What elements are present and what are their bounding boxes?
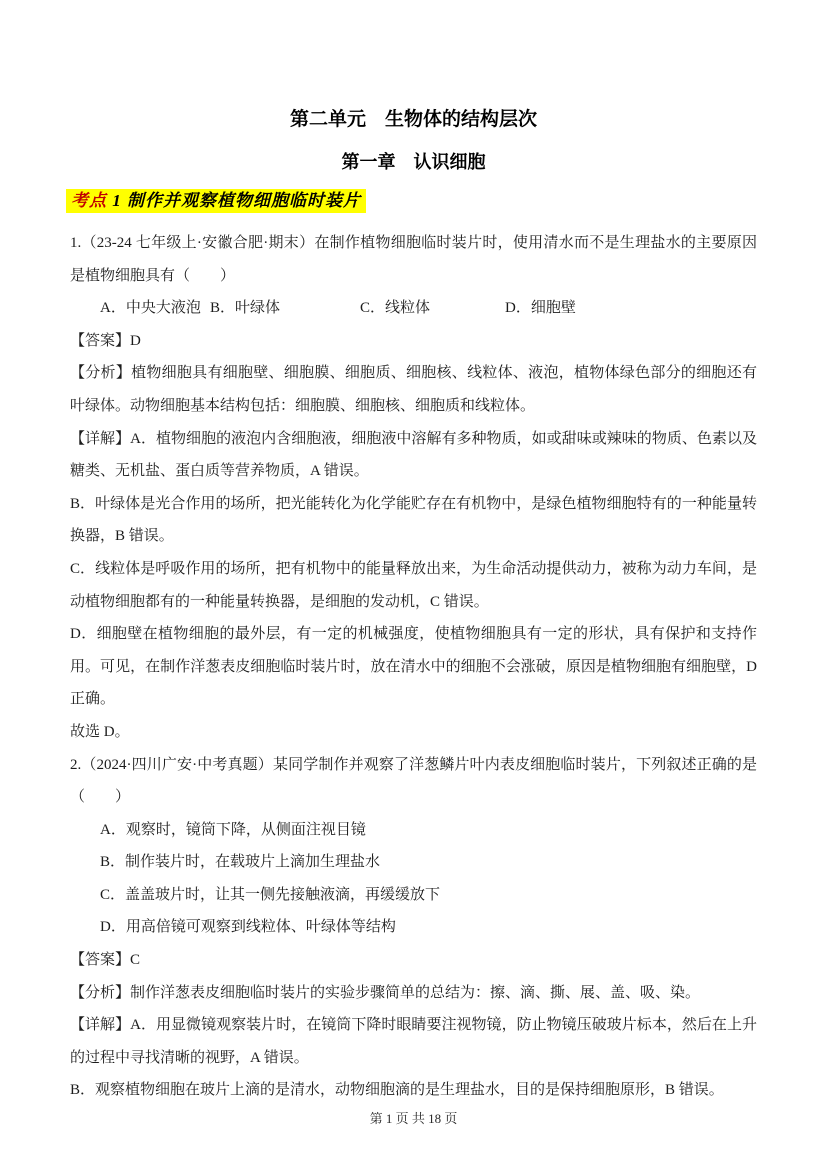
answer-value: D [130,333,141,349]
question-1-analysis: 【分析】植物细胞具有细胞壁、细胞膜、细胞质、细胞核、线粒体、液泡，植物体绿色部分… [70,357,757,422]
question-2-detail-a: 【详解】A．用显微镜观察装片时，在镜筒下降时眼睛要注视物镜，防止物镜压破玻片标本… [70,1009,757,1074]
question-1-option-a: A．中央大液泡 [100,292,210,325]
answer-label: 【答案】 [70,952,130,968]
answer-value: C [130,952,140,968]
question-1-detail-c: C．线粒体是呼吸作用的场所，把有机物中的能量释放出来，为生命活动提供动力，被称为… [70,553,757,618]
page-footer: 第 1 页 共 18 页 [0,1108,827,1127]
detail-label: 【详解】 [70,1017,130,1033]
question-1-detail-b: B．叶绿体是光合作用的场所，把光能转化为化学能贮存在有机物中，是绿色植物细胞特有… [70,488,757,553]
topic-highlight: 考点 1 制作并观察植物细胞临时装片 [66,189,366,213]
question-1-detail-a: 【详解】A．植物细胞的液泡内含细胞液，细胞液中溶解有多种物质，如或甜味或辣味的物… [70,423,757,488]
unit-title: 第二单元 生物体的结构层次 [70,108,757,132]
chapter-title: 第一章 认识细胞 [70,150,757,174]
topic-badge: 考点 [71,191,107,210]
question-2-analysis: 【分析】制作洋葱表皮细胞临时装片的实验步骤简单的总结为：擦、滴、撕、展、盖、吸、… [70,977,757,1010]
question-1-option-c: C．线粒体 [360,292,505,325]
question-1-detail-d: D．细胞壁在植物细胞的最外层，有一定的机械强度，使植物细胞具有一定的形状，具有保… [70,618,757,716]
topic-title: 1 制作并观察植物细胞临时装片 [112,191,361,210]
topic-heading: 考点 1 制作并观察植物细胞临时装片 [66,187,757,215]
question-2-option-b: B．制作装片时，在载玻片上滴加生理盐水 [70,846,757,879]
detail-text-a: A．用显微镜观察装片时，在镜筒下降时眼睛要注视物镜，防止物镜压破玻片标本，然后在… [70,1017,757,1066]
detail-text-a: A．植物细胞的液泡内含细胞液，细胞液中溶解有多种物质，如或甜味或辣味的物质、色素… [70,431,757,480]
question-2-option-c: C．盖盖玻片时，让其一侧先接触液滴，再缓缓放下 [70,879,757,912]
question-1-conclusion: 故选 D。 [70,716,757,749]
question-1-option-b: B．叶绿体 [210,292,360,325]
question-2-option-d: D．用高倍镜可观察到线粒体、叶绿体等结构 [70,911,757,944]
detail-label: 【详解】 [70,431,130,447]
question-2-answer: 【答案】C [70,944,757,977]
question-2-stem: 2.（2024·四川广安·中考真题）某同学制作并观察了洋葱鳞片叶内表皮细胞临时装… [70,749,757,814]
question-1-options: A．中央大液泡 B．叶绿体 C．线粒体 D．细胞壁 [70,292,757,325]
question-2-detail-b: B．观察植物细胞在玻片上滴的是清水，动物细胞滴的是生理盐水，目的是保持细胞原形，… [70,1074,757,1107]
question-1-answer: 【答案】D [70,325,757,358]
document-page: 第二单元 生物体的结构层次 第一章 认识细胞 考点 1 制作并观察植物细胞临时装… [0,0,827,1169]
analysis-label: 【分析】 [70,985,130,1001]
question-1-stem: 1.（23-24 七年级上·安徽合肥·期末）在制作植物细胞临时装片时，使用清水而… [70,227,757,292]
analysis-text: 制作洋葱表皮细胞临时装片的实验步骤简单的总结为：擦、滴、撕、展、盖、吸、染。 [130,985,700,1001]
question-2-option-a: A．观察时，镜筒下降，从侧面注视目镜 [70,814,757,847]
answer-label: 【答案】 [70,333,130,349]
analysis-text: 植物细胞具有细胞壁、细胞膜、细胞质、细胞核、线粒体、液泡，植物体绿色部分的细胞还… [70,365,757,414]
question-1-option-d: D．细胞壁 [505,292,757,325]
analysis-label: 【分析】 [70,365,131,381]
